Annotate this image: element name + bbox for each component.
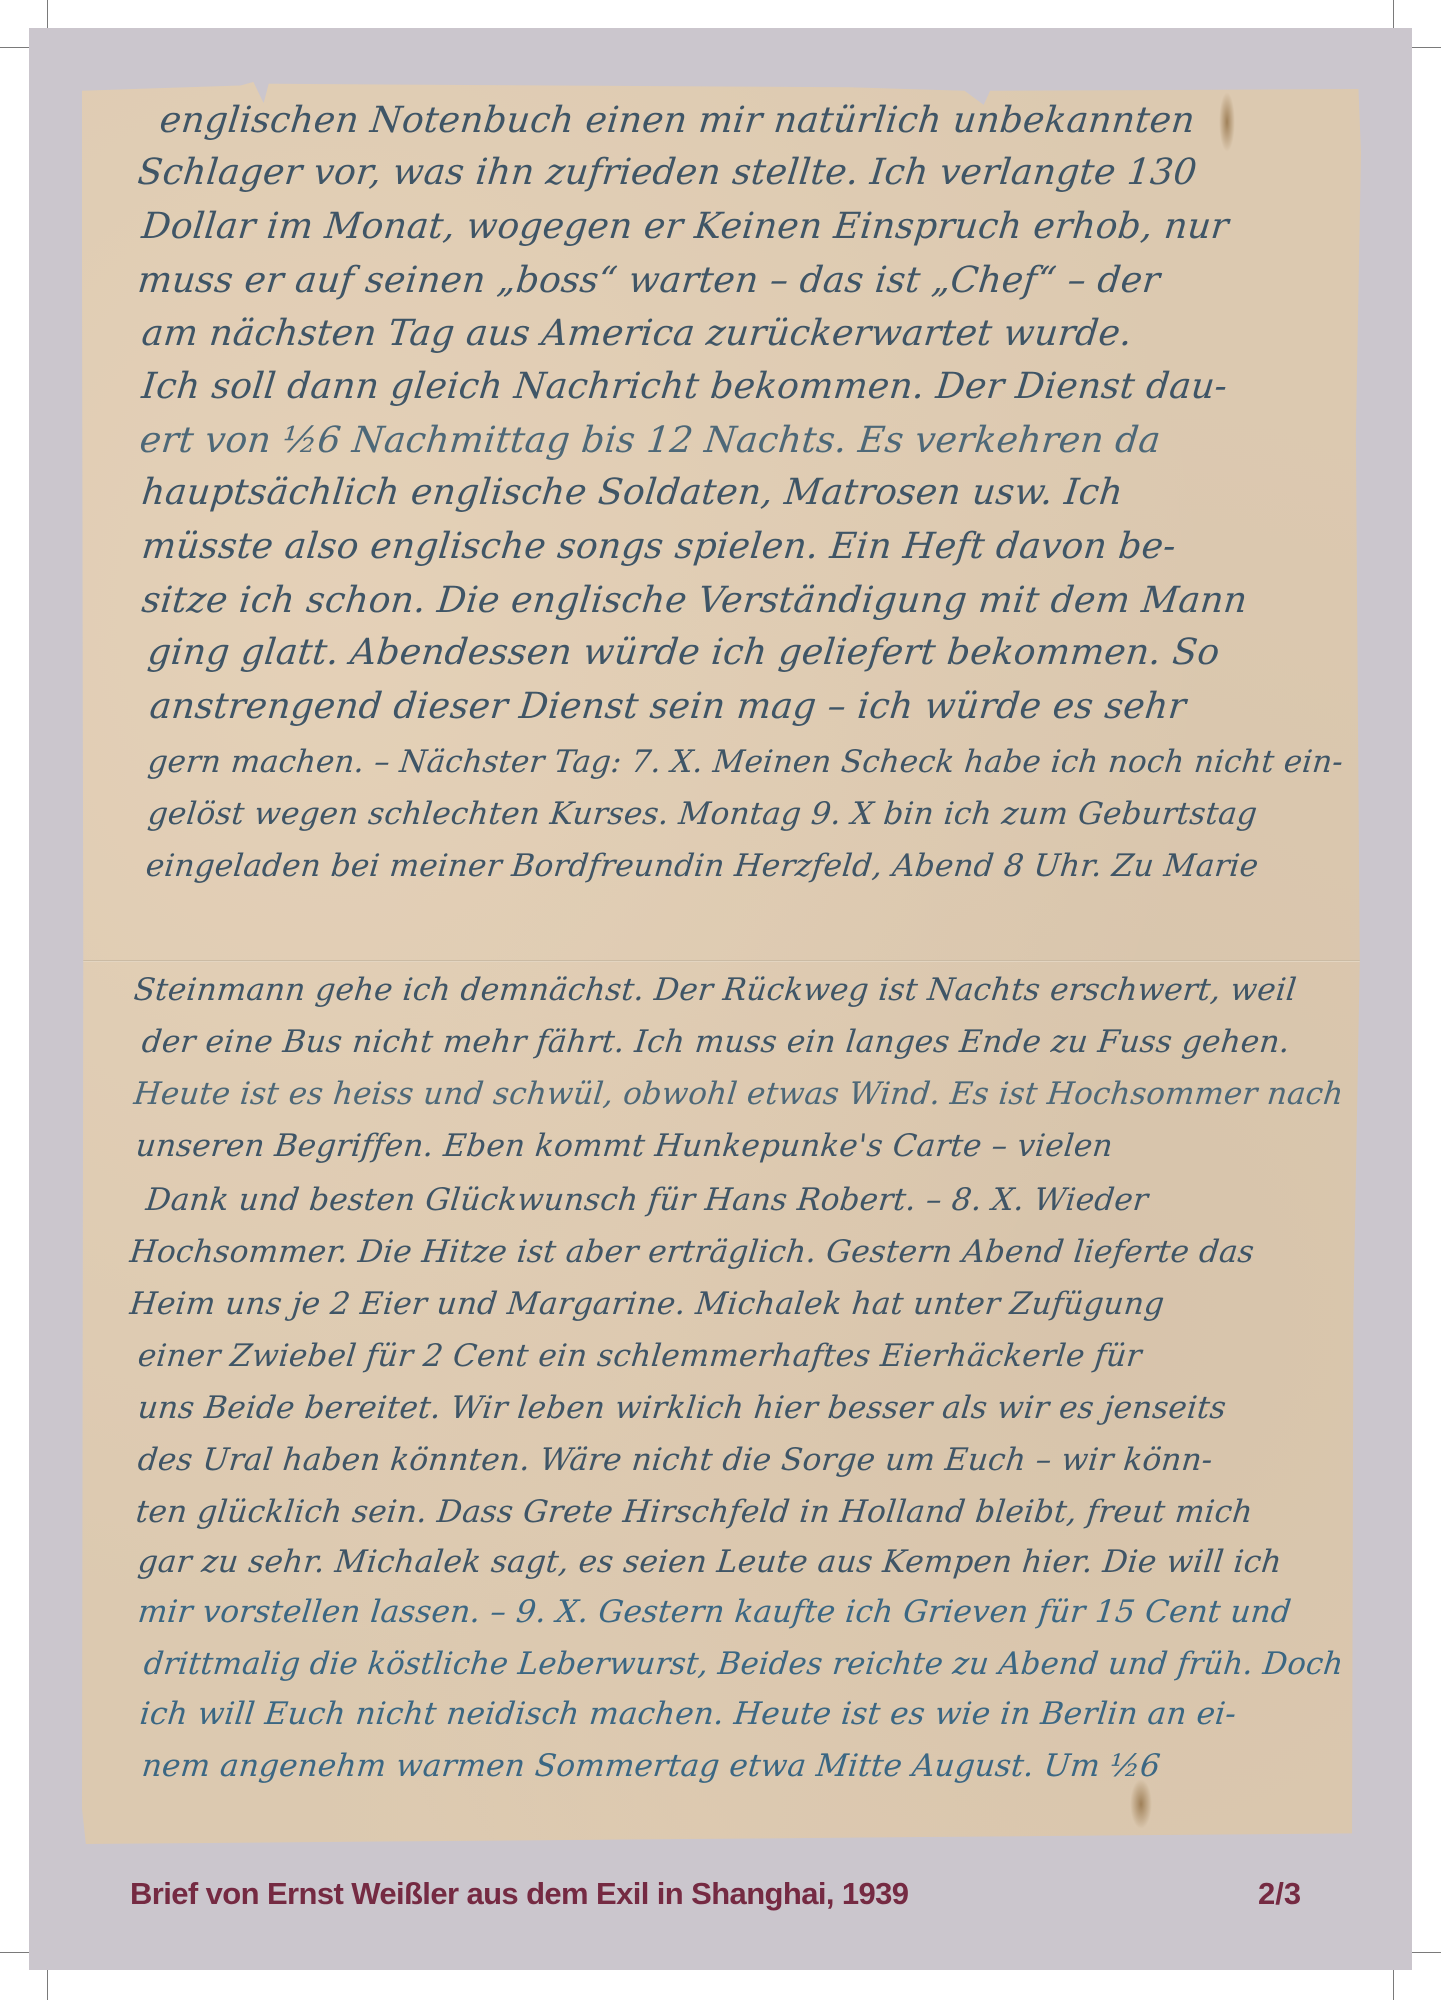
page-indicator: 2/3: [1258, 1876, 1301, 1912]
letter-line-27: gar zu sehr. Michalek sagt, es seien Leu…: [136, 1544, 1283, 1580]
letter-line-15: eingeladen bei meiner Bordfreundin Herzf…: [144, 848, 1260, 884]
letter-line-10: sitze ich schon. Die englische Verständi…: [140, 580, 1249, 621]
letter-line-25: des Ural haben könnten. Wäre nicht die S…: [136, 1442, 1214, 1478]
document-caption: Brief von Ernst Weißler aus dem Exil in …: [130, 1876, 908, 1912]
letter-line-20: Dank und besten Glückwunsch für Hans Rob…: [144, 1182, 1150, 1218]
letter-line-6: Ich soll dann gleich Nachricht bekommen.…: [140, 366, 1229, 407]
letter-line-28: mir vorstellen lassen. – 9. X. Gestern k…: [136, 1594, 1293, 1630]
letter-line-8: hauptsächlich englische Soldaten, Matros…: [140, 472, 1125, 513]
letter-line-12: anstrengend dieser Dienst sein mag – ich…: [148, 686, 1188, 727]
letter-line-19: unseren Begriffen. Eben kommt Hunkepunke…: [134, 1128, 1115, 1164]
letter-line-5: am nächsten Tag aus America zurückerwart…: [140, 313, 1134, 354]
crop-mark-bottom-left-vertical: [47, 1966, 48, 2000]
letter-line-26: ten glücklich sein. Dass Grete Hirschfel…: [134, 1494, 1254, 1530]
letter-line-24: uns Beide bereitet. Wir leben wirklich h…: [136, 1390, 1228, 1426]
letter-line-29: drittmalig die köstliche Leberwurst, Bei…: [142, 1646, 1345, 1682]
crop-mark-bottom-right-horizontal: [1407, 1952, 1441, 1953]
letter-line-13: gern machen. – Nächster Tag: 7. X. Meine…: [146, 744, 1345, 780]
letter-line-31: nem angenehm warmen Sommertag etwa Mitte…: [140, 1748, 1162, 1784]
crop-mark-top-right-horizontal: [1407, 47, 1441, 48]
letter-line-17: der eine Bus nicht mehr fährt. Ich muss …: [140, 1024, 1292, 1060]
letter-line-16: Steinmann gehe ich demnächst. Der Rückwe…: [132, 972, 1298, 1008]
letter-paper: englischen Notenbuch einen mir natürlich…: [82, 82, 1361, 1844]
letter-line-23: einer Zwiebel für 2 Cent ein schlemmerha…: [136, 1338, 1143, 1374]
crop-mark-bottom-right-vertical: [1393, 1966, 1394, 2000]
letter-line-14: gelöst wegen schlechten Kurses. Montag 9…: [146, 796, 1259, 832]
letter-line-11: ging glatt. Abendessen würde ich geliefe…: [146, 632, 1222, 673]
letter-line-21: Hochsommer. Die Hitze ist aber erträglic…: [128, 1234, 1256, 1270]
letter-line-2: Schlager vor, was ihn zufrieden stellte.…: [136, 152, 1199, 193]
letter-line-22: Heim uns je 2 Eier und Margarine. Michal…: [128, 1286, 1166, 1322]
letter-line-9: müsste also englische songs spielen. Ein…: [140, 526, 1178, 567]
letter-line-7: ert von ½6 Nachmittag bis 12 Nachts. Es …: [138, 420, 1163, 461]
letter-line-3: Dollar im Monat, wogegen er Keinen Einsp…: [140, 206, 1231, 247]
handwritten-text: englischen Notenbuch einen mir natürlich…: [82, 82, 1361, 1844]
letter-line-30: ich will Euch nicht neidisch machen. Heu…: [138, 1696, 1238, 1732]
letter-line-1: englischen Notenbuch einen mir natürlich…: [158, 100, 1197, 141]
letter-line-4: muss er auf seinen „boss“ warten – das i…: [136, 260, 1162, 301]
letter-line-18: Heute ist es heiss und schwül, obwohl et…: [132, 1076, 1345, 1112]
